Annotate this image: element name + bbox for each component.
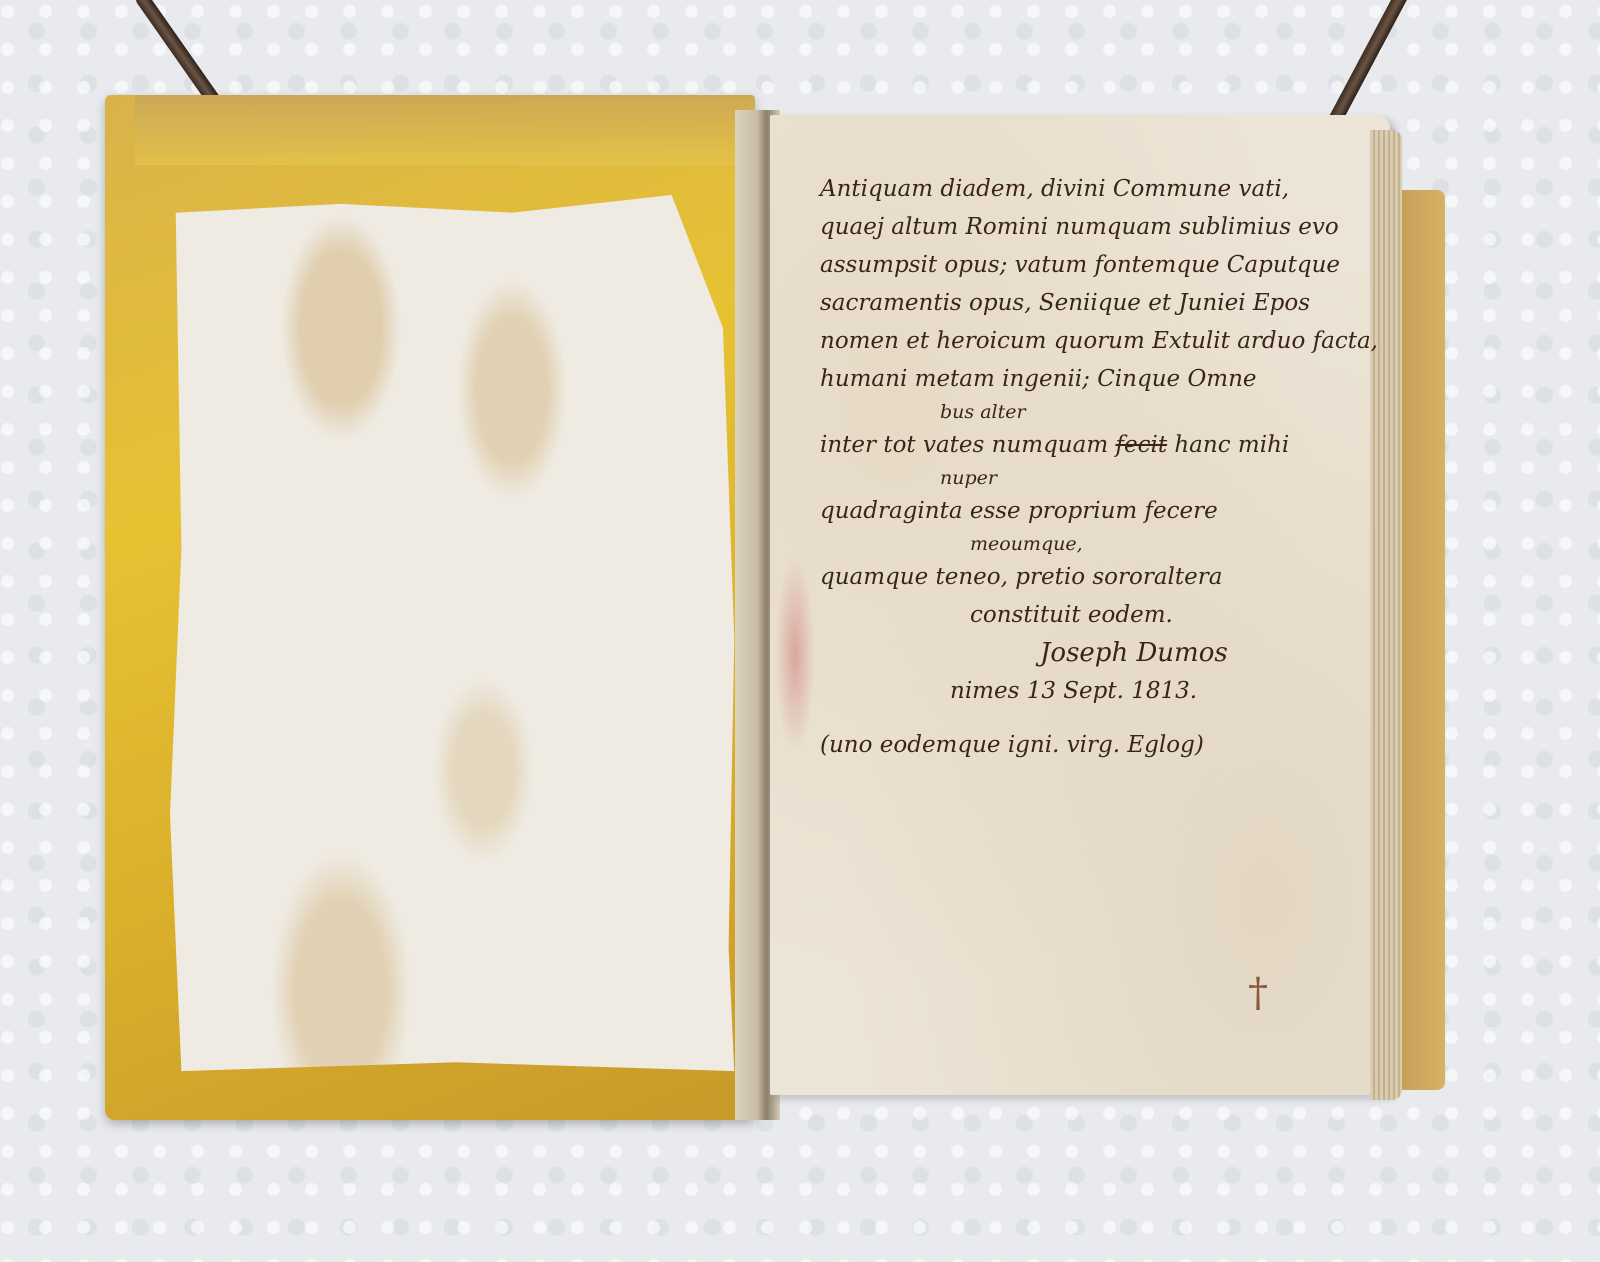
handwritten-inscription: Antiquam diadem, divini Commune vati, qu… [820,170,1360,764]
inscription-line: humani metam ingenii; Cinque Omne [820,360,1360,398]
inscription-line: quamque teneo, pretio sororaltera [820,558,1360,596]
interlinear-insert: meoumque, [820,530,1360,558]
back-cover-edge [1395,190,1445,1090]
interlinear-insert: bus alter [820,398,1360,426]
inscription-line: quadraginta esse proprium fecere [820,492,1360,530]
pink-stain [775,555,815,755]
inscription-line: inter tot vates numquam fecit hanc mihi [820,426,1360,464]
hanging-wire-right [1323,0,1410,134]
inscription-line: nomen et heroicum quorum Extulit arduo f… [820,322,1360,360]
open-book: Antiquam diadem, divini Commune vati, qu… [0,0,1600,1262]
inscription-line: constituit eodem. [820,596,1360,634]
inscription-line: assumpsit opus; vatum fontemque Caputque [820,246,1360,284]
struck-word: fecit [1115,432,1167,458]
signature: Joseph Dumos [820,634,1360,672]
citation-note: (uno eodemque igni. virg. Eglog) [820,726,1360,764]
interlinear-insert: nuper [820,464,1360,492]
page-block-edges [1370,130,1402,1100]
cross-mark-icon: † [1248,968,1260,1018]
inscription-line: sacramentis opus, Seniique et Juniei Epo… [820,284,1360,322]
inscription-line: quaej altum Romini numquam sublimius evo [820,208,1360,246]
left-pastedown-sheet [170,195,740,1080]
inscription-line: Antiquam diadem, divini Commune vati, [820,170,1360,208]
date-line: nimes 13 Sept. 1813. [820,672,1360,710]
